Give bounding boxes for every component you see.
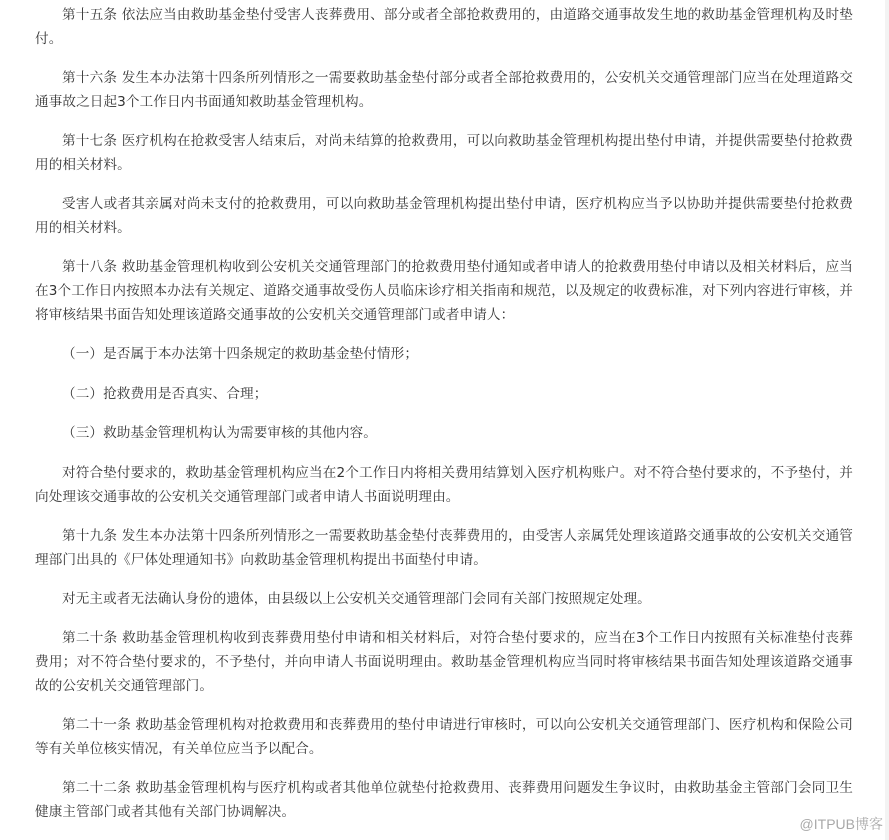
article-17-clause-2: 受害人或者其亲属对尚未支付的抢救费用，可以向救助基金管理机构提出垫付申请，医疗机… [35,192,853,240]
article-17: 第十七条 医疗机构在抢救受害人结束后，对尚未结算的抢救费用，可以向救助基金管理机… [35,129,853,177]
article-20: 第二十条 救助基金管理机构收到丧葬费用垫付申请和相关材料后，对符合垫付要求的，应… [35,626,853,698]
article-22: 第二十二条 救助基金管理机构与医疗机构或者其他单位就垫付抢救费用、丧葬费用问题发… [35,776,853,824]
article-18-item-3: （三）救助基金管理机构认为需要审核的其他内容。 [35,421,853,445]
article-21: 第二十一条 救助基金管理机构对抢救费用和丧葬费用的垫付申请进行审核时，可以向公安… [35,713,853,761]
article-16: 第十六条 发生本办法第十四条所列情形之一需要救助基金垫付部分或者全部抢救费用的，… [35,66,853,114]
page-edge [885,0,889,840]
article-18: 第十八条 救助基金管理机构收到公安机关交通管理部门的抢救费用垫付通知或者申请人的… [35,255,853,327]
article-18-item-2: （二）抢救费用是否真实、合理； [35,382,853,406]
document-body: 第十五条 依法应当由救助基金垫付受害人丧葬费用、部分或者全部抢救费用的，由道路交… [35,3,853,839]
watermark: @ITPUB博客 [800,814,883,834]
article-18-clause-2: 对符合垫付要求的，救助基金管理机构应当在2个工作日内将相关费用结算划入医疗机构账… [35,461,853,509]
article-18-item-1: （一）是否属于本办法第十四条规定的救助基金垫付情形； [35,342,853,366]
article-15: 第十五条 依法应当由救助基金垫付受害人丧葬费用、部分或者全部抢救费用的，由道路交… [35,3,853,51]
article-19-clause-2: 对无主或者无法确认身份的遗体，由县级以上公安机关交通管理部门会同有关部门按照规定… [35,587,853,611]
article-19: 第十九条 发生本办法第十四条所列情形之一需要救助基金垫付丧葬费用的，由受害人亲属… [35,524,853,572]
